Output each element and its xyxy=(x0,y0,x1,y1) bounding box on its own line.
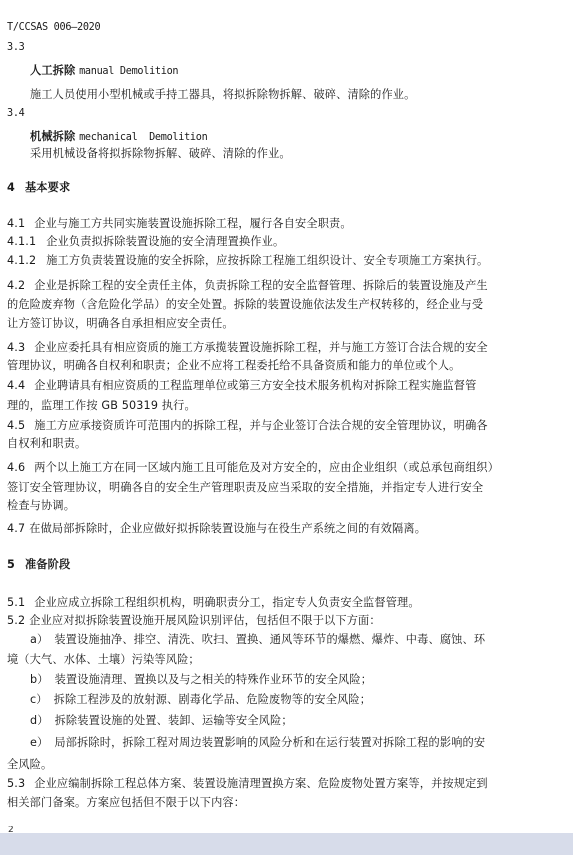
clause-4-2: 4.2企业是拆除工程的安全责任主体，负责拆除工程的安全监督管理、拆除后的装置设施… xyxy=(7,278,488,294)
term-cn: 机械拆除 xyxy=(30,130,75,143)
term-number: 3.4 xyxy=(7,106,25,122)
term-en: mechanical Demolition xyxy=(79,132,207,143)
clause-4-1: 4.1企业与施工方共同实施装置设施拆除工程，履行各自安全职责。 xyxy=(7,216,352,232)
risk-item-a: a）装置设施抽净、排空、清洗、吹扫、置换、通风等环节的爆燃、爆炸、中毒、腐蚀、环 xyxy=(30,632,485,648)
clause-4-3-cont: 管理协议，明确各自权利和职责；企业不应将工程委托给不具备资质和能力的单位或个人。 xyxy=(7,358,461,374)
term-en: manual Demolition xyxy=(79,66,178,77)
term-title: 机械拆除 mechanical Demolition xyxy=(30,129,207,146)
section-heading: 5准备阶段 xyxy=(7,557,70,573)
clause-4-7: 4.7在做局部拆除时，企业应做好拟拆除装置设施与在役生产系统之间的有效隔离。 xyxy=(7,521,426,537)
clause-5-3: 5.3企业应编制拆除工程总体方案、装置设施清理置换方案、危险废物处置方案等，并按… xyxy=(7,776,488,792)
document-page: T/CCSAS 006—2020 3.3 人工拆除 manual Demolit… xyxy=(0,0,573,833)
clause-4-6-cont: 检查与协调。 xyxy=(7,498,75,514)
term-number: 3.3 xyxy=(7,40,25,56)
clause-4-6: 4.6两个以上施工方在同一区域内施工且可能危及对方安全的，应由企业组织（或总承包… xyxy=(7,460,499,476)
clause-5-3-cont: 相关部门备案。方案应包括但不限于以下内容： xyxy=(7,795,245,811)
term-definition: 采用机械设备将拟拆除物拆解、破碎、清除的作业。 xyxy=(30,146,291,162)
risk-item-e: e）局部拆除时，拆除工程对周边装置影响的风险分析和在运行装置对拆除工程的影响的安 xyxy=(30,735,485,751)
risk-item-d: d）拆除装置设施的处置、装卸、运输等安全风险； xyxy=(30,713,293,729)
clause-4-2-cont: 让方签订协议，明确各自承担相应安全责任。 xyxy=(7,316,234,332)
clause-4-4-cont: 理的，监理工作按 GB 50319 执行。 xyxy=(7,398,196,414)
standard-code: T/CCSAS 006—2020 xyxy=(7,20,100,36)
clause-4-6-cont: 签订安全管理协议，明确各自的安全生产管理职责及应当采取的安全措施，并指定专人进行… xyxy=(7,480,483,496)
clause-4-3: 4.3企业应委托具有相应资质的施工方承揽装置设施拆除工程，并与施工方签订合法合规… xyxy=(7,340,488,356)
clause-4-5-cont: 自权利和职责。 xyxy=(7,436,86,452)
clause-5-1: 5.1企业应成立拆除工程组织机构，明确职责分工，指定专人负责安全监督管理。 xyxy=(7,595,420,611)
term-title: 人工拆除 manual Demolition xyxy=(30,63,178,80)
risk-item-c: c）拆除工程涉及的放射源、剧毒化学品、危险废物等的安全风险； xyxy=(30,692,371,708)
clause-4-1-1: 4.1.1企业负责拟拆除装置设施的安全清理置换作业。 xyxy=(7,234,284,250)
risk-item-b: b）装置设施清理、置换以及与之相关的特殊作业环节的安全风险； xyxy=(30,672,372,688)
risk-item-e-cont: 全风险。 xyxy=(7,757,52,773)
section-number: 4 xyxy=(7,180,15,196)
clause-4-1-2: 4.1.2施工方负责装置设施的安全拆除，应按拆除工程施工组织设计、安全专项施工方… xyxy=(7,253,488,269)
page-number: 2 xyxy=(8,826,14,833)
viewer-footer-bar xyxy=(0,833,573,855)
term-cn: 人工拆除 xyxy=(30,64,75,77)
section-title: 基本要求 xyxy=(25,181,70,194)
clause-5-2: 5.2企业应对拟拆除装置设施开展风险识别评估，包括但不限于以下方面： xyxy=(7,613,381,629)
clause-4-2-cont: 的危险废弃物（含危险化学品）的安全处置。拆除的装置设施依法发生产权转移的，经企业… xyxy=(7,297,483,313)
clause-4-5: 4.5施工方应承接资质许可范围内的拆除工程，并与企业签订合法合规的安全管理协议，… xyxy=(7,418,488,434)
section-number: 5 xyxy=(7,557,15,573)
risk-item-a-cont: 境（大气、水体、土壤）污染等风险； xyxy=(7,652,200,668)
section-title: 准备阶段 xyxy=(25,558,70,571)
clause-4-4: 4.4企业聘请具有相应资质的工程监理单位或第三方安全技术服务机构对拆除工程实施监… xyxy=(7,378,476,394)
section-heading: 4基本要求 xyxy=(7,180,70,196)
term-definition: 施工人员使用小型机械或手持工器具，将拟拆除物拆解、破碎、清除的作业。 xyxy=(30,87,415,103)
